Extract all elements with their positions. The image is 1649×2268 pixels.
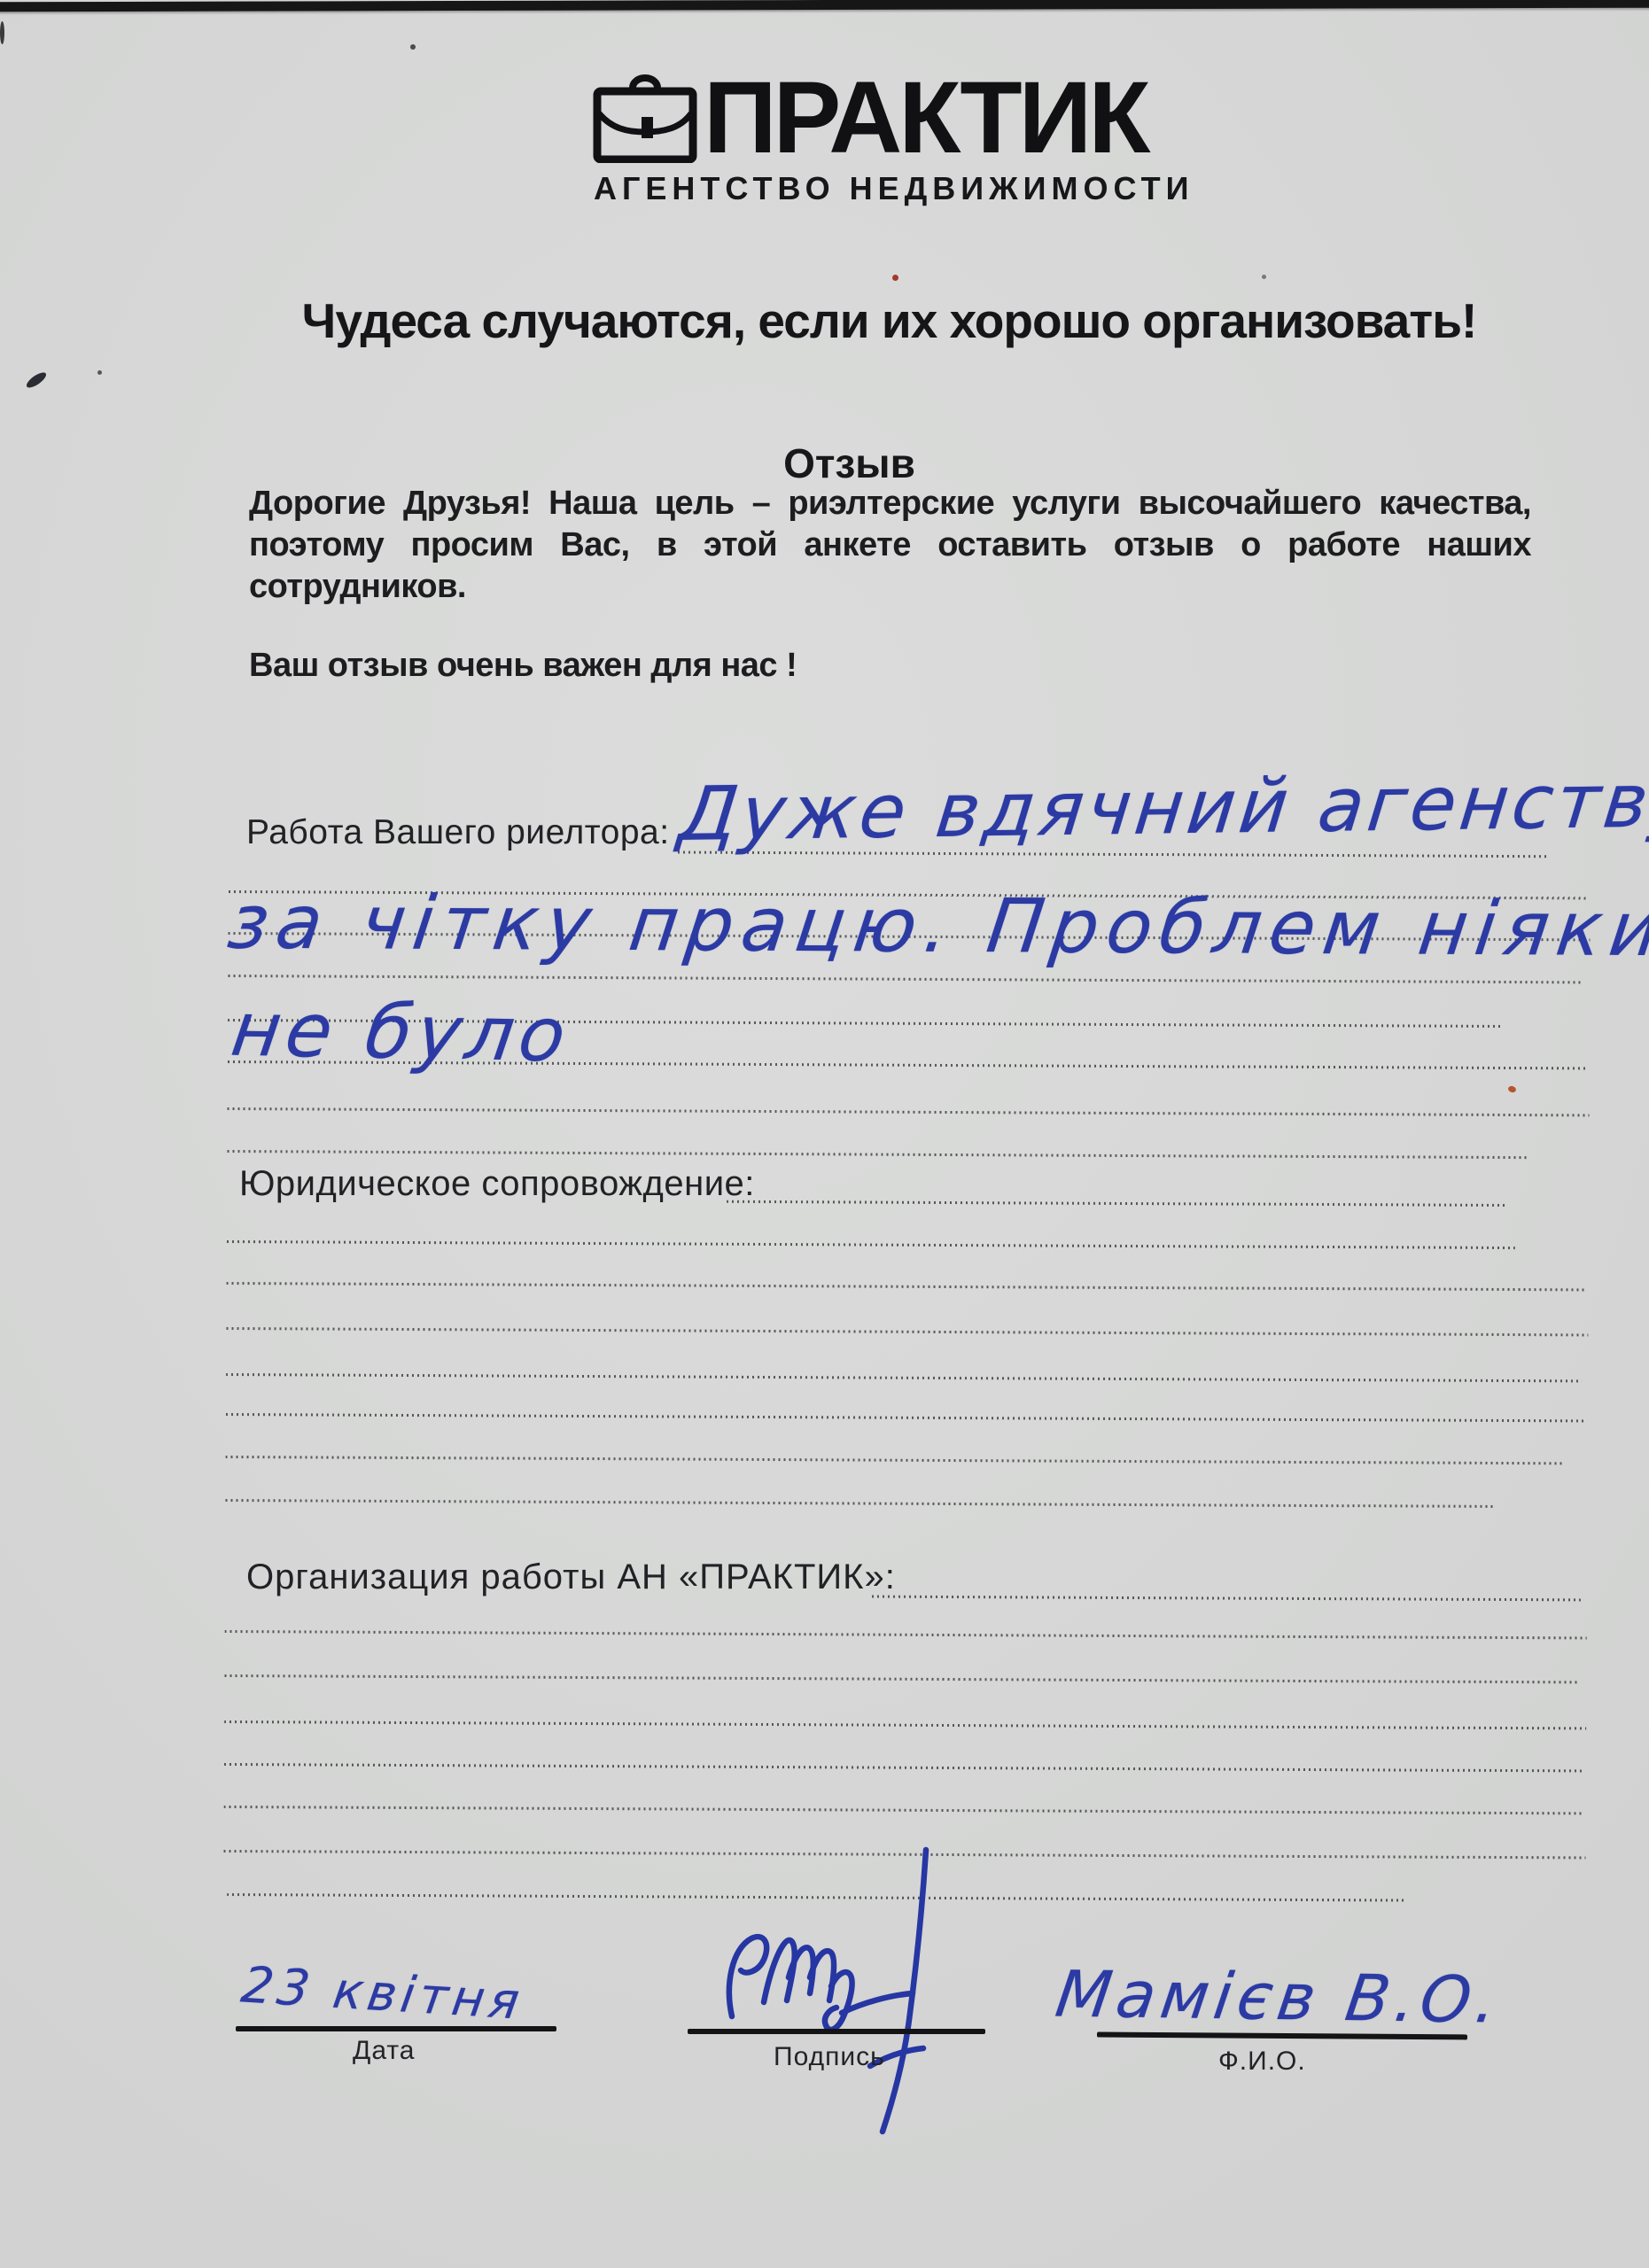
scan-speck (410, 44, 416, 50)
dotted-rule-line (228, 1107, 1590, 1117)
scan-speck (892, 275, 898, 281)
dotted-rule-line (224, 1720, 1586, 1730)
handwritten-response-line: Дуже вдячний агенству (675, 757, 1649, 858)
field-label-legal-support: Юридическое сопровождение: (239, 1164, 755, 1204)
date-underline (236, 2026, 556, 2031)
name-label: Ф.И.О. (1218, 2047, 1306, 2077)
signature-label: Подпись (774, 2042, 885, 2072)
handwritten-response-line: не було (227, 986, 577, 1079)
dotted-rule-line (227, 1282, 1584, 1291)
dotted-rule-line (227, 1240, 1515, 1249)
field-label-realtor-work: Работа Вашего риелтора: (246, 813, 670, 852)
dotted-rule-line (225, 1630, 1587, 1640)
dotted-rule-line (224, 1806, 1584, 1815)
field-label-work-organization: Организация работы АН «ПРАКТИК»: (246, 1557, 896, 1597)
dotted-rule-line (226, 1327, 1588, 1337)
dotted-rule-line (727, 1200, 1505, 1207)
dotted-rule-line (224, 1763, 1582, 1772)
dotted-rule-line (872, 1596, 1581, 1602)
handwritten-signature (718, 1843, 948, 2135)
dotted-rule-line (226, 1373, 1582, 1382)
scanned-feedback-form: ПРАКТИК АГЕНТСТВО НЕДВИЖИМОСТИ Чудеса сл… (0, 0, 1649, 2268)
dotted-rule-line (227, 1150, 1529, 1159)
scan-speck (0, 21, 4, 44)
handwritten-name: Мамієв В.О. (1052, 1956, 1507, 2037)
dotted-rule-line (228, 975, 1583, 983)
handwritten-response-line: за чітку працю. Проблем ніяких (223, 879, 1649, 974)
scan-speck (1262, 275, 1266, 279)
signature-underline (688, 2029, 985, 2034)
dotted-rule-line (226, 1413, 1585, 1422)
dotted-rule-line (226, 1456, 1564, 1464)
scan-speck (97, 370, 102, 375)
dotted-rule-line (225, 1499, 1494, 1508)
date-label: Дата (353, 2036, 415, 2066)
dotted-rule-line (224, 1674, 1580, 1683)
